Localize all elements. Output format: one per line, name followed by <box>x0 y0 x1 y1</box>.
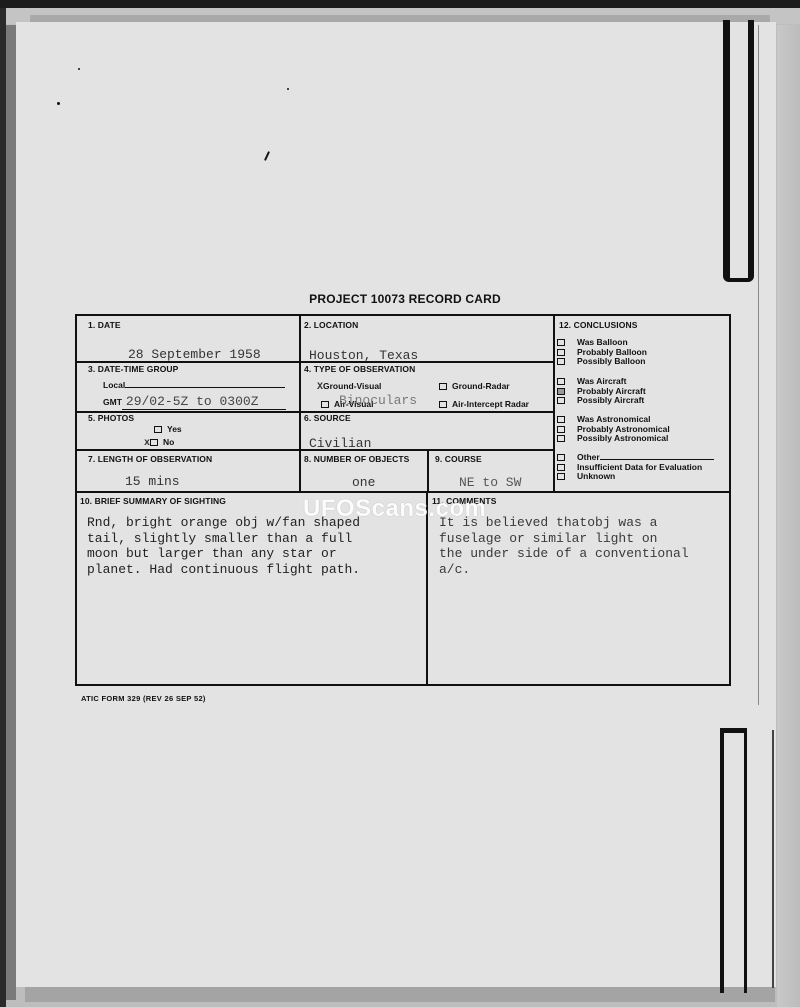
location-value: Houston, Texas <box>309 348 418 363</box>
length-of-observation-value: 15 mins <box>125 474 180 489</box>
checkbox-icon <box>557 426 565 433</box>
option-photos-yes[interactable]: Yes <box>154 424 182 434</box>
course-label: 9. COURSE <box>435 454 482 464</box>
checkbox-icon <box>557 473 565 480</box>
option-ground-visual[interactable]: XGround-Visual <box>317 381 381 393</box>
conclusion-unknown[interactable]: Unknown <box>557 472 714 482</box>
conclusions-group-astronomical: Was Astronomical Probably Astronomical P… <box>557 415 670 444</box>
checkbox-icon <box>321 401 329 408</box>
scan-speck <box>57 102 60 105</box>
scan-speck <box>287 88 289 90</box>
conclusion-possibly-balloon[interactable]: Possibly Balloon <box>557 357 647 367</box>
card-title: PROJECT 10073 RECORD CARD <box>300 292 510 306</box>
date-time-group-label: 3. DATE-TIME GROUP <box>88 364 178 374</box>
local-field <box>125 387 285 388</box>
binoculars-note: Binoculars <box>339 393 417 408</box>
local-label: Local <box>103 380 125 390</box>
location-label: 2. LOCATION <box>304 320 358 330</box>
rule <box>553 316 555 491</box>
scan-bottom-strip <box>25 987 775 1002</box>
scan-right-shadow <box>777 25 800 1007</box>
date-label: 1. DATE <box>88 320 121 330</box>
brief-summary-text: Rnd, bright orange obj w/fan shapedtail,… <box>87 515 360 577</box>
number-of-objects-value: one <box>352 475 375 490</box>
source-value: Civilian <box>309 436 371 451</box>
conclusions-label: 12. CONCLUSIONS <box>559 320 638 330</box>
checkbox-icon <box>557 358 565 365</box>
page-edge-line <box>758 25 759 705</box>
scan-speck <box>78 68 80 70</box>
source-label: 6. SOURCE <box>304 413 351 423</box>
comments-text: It is believed thatobj was afuselage or … <box>439 515 689 577</box>
scan-top-edge <box>0 0 800 8</box>
number-of-objects-label: 8. NUMBER OF OBJECTS <box>304 454 409 464</box>
scan-left-shadow <box>6 25 16 1000</box>
local-row: Local <box>103 380 285 390</box>
checkbox-icon <box>150 439 158 446</box>
checkbox-icon <box>557 397 565 404</box>
course-value: NE to SW <box>459 475 521 490</box>
rule <box>77 491 729 493</box>
watermark: UFOScans.com <box>303 495 486 523</box>
gmt-value: 29/02-5Z to 0300Z <box>122 394 286 410</box>
date-value: 28 September 1958 <box>128 347 261 362</box>
conclusions-group-aircraft: Was Aircraft Probably Aircraft Possibly … <box>557 377 646 406</box>
form-number: ATIC FORM 329 (REV 26 SEP 52) <box>81 694 206 703</box>
option-air-intercept-radar[interactable]: Air-Intercept Radar <box>439 399 529 409</box>
binder-slot-bottom <box>720 728 747 993</box>
scan-top-shadow <box>30 15 770 22</box>
checkbox-icon <box>557 454 565 461</box>
rule <box>299 316 301 491</box>
checkbox-icon <box>557 435 565 442</box>
binder-line <box>772 730 774 988</box>
checkbox-icon <box>557 416 565 423</box>
type-of-observation-label: 4. TYPE OF OBSERVATION <box>304 364 415 374</box>
checkbox-icon <box>154 426 162 433</box>
conclusion-possibly-astronomical[interactable]: Possibly Astronomical <box>557 434 670 444</box>
option-ground-radar[interactable]: Ground-Radar <box>439 381 510 391</box>
brief-summary-label: 10. BRIEF SUMMARY OF SIGHTING <box>80 496 226 506</box>
checkbox-icon <box>557 378 565 385</box>
checked-box-icon <box>557 388 565 395</box>
gmt-label: GMT <box>103 397 122 407</box>
option-photos-no[interactable]: xNo <box>144 437 174 449</box>
photos-label: 5. PHOTOS <box>88 413 134 423</box>
checkbox-icon <box>557 339 565 346</box>
binder-slot-top <box>723 20 754 282</box>
conclusions-group-balloon: Was Balloon Probably Balloon Possibly Ba… <box>557 338 647 367</box>
gmt-row: GMT29/02-5Z to 0300Z <box>103 394 286 410</box>
checkbox-icon <box>439 383 447 390</box>
checkbox-icon <box>439 401 447 408</box>
checkbox-icon <box>557 349 565 356</box>
conclusions-group-other: Other Insufficient Data for Evaluation U… <box>557 453 714 482</box>
checkbox-icon <box>557 464 565 471</box>
rule <box>427 449 429 491</box>
conclusion-possibly-aircraft[interactable]: Possibly Aircraft <box>557 396 646 406</box>
other-field[interactable] <box>600 459 714 460</box>
length-of-observation-label: 7. LENGTH OF OBSERVATION <box>88 454 212 464</box>
